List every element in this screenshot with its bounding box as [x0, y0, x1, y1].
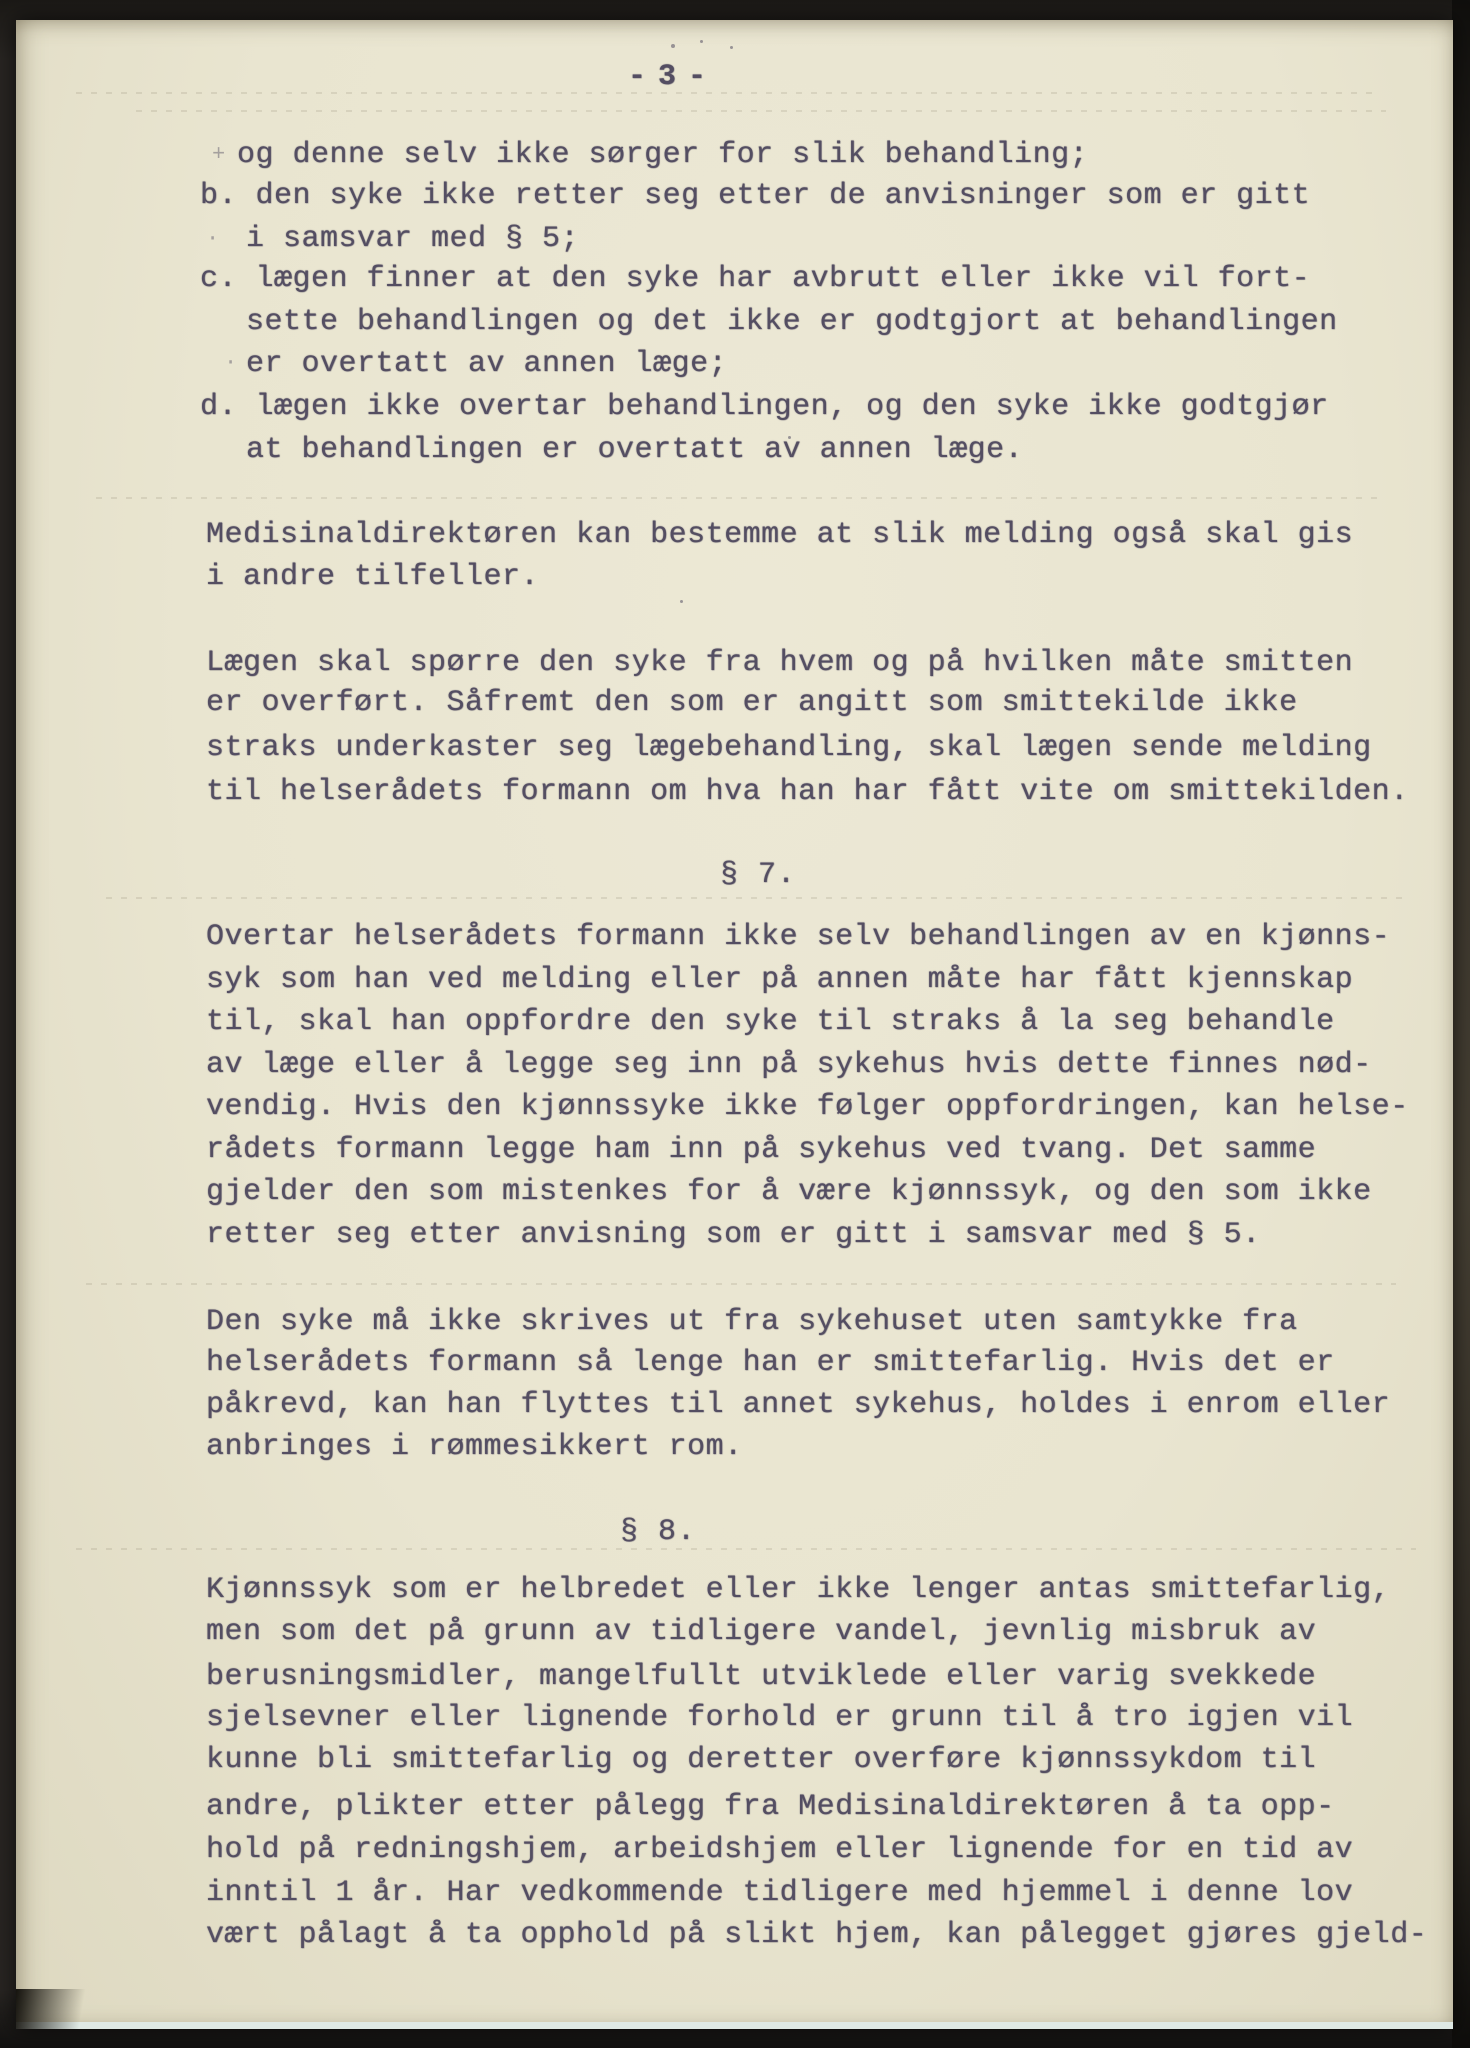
text-line: til, skal han oppfordre den syke til str… — [206, 1001, 1335, 1043]
text-line: Medisinaldirektøren kan bestemme at slik… — [206, 514, 1353, 556]
page-corner-shadow — [16, 1989, 136, 2029]
text-line: Lægen skal spørre den syke fra hvem og p… — [206, 642, 1353, 684]
scan-streak — [76, 92, 1376, 94]
text-line: andre, plikter etter pålegg fra Medisina… — [206, 1786, 1335, 1828]
text-line: rådets formann legge ham inn på sykehus … — [206, 1129, 1316, 1171]
scan-streak — [96, 497, 1386, 499]
text-line: b. den syke ikke retter seg etter de anv… — [200, 175, 1310, 217]
scan-streak — [136, 110, 1386, 112]
text-line: er overtatt av annen læge; — [246, 343, 727, 385]
page-number: - 3 - — [628, 56, 703, 98]
text-line: d. lægen ikke overtar behandlingen, og d… — [200, 386, 1329, 428]
text-line: syk som han ved melding eller på annen m… — [206, 959, 1353, 1001]
text-line: vært pålagt å ta opphold på slikt hjem, … — [206, 1914, 1427, 1956]
text-line: sjelsevner eller lignende forhold er gru… — [206, 1697, 1353, 1739]
text-line: vendig. Hvis den kjønnssyke ikke følger … — [206, 1086, 1409, 1128]
section-heading: § 8. — [620, 1511, 696, 1553]
text-line: helserådets formann så lenge han er smit… — [206, 1342, 1335, 1384]
text-line: og denne selv ikke sørger for slik behan… — [237, 134, 1088, 176]
text-line: i samsvar med § 5; — [246, 218, 579, 260]
scan-streak — [86, 1283, 1396, 1285]
text-line: i andre tilfeller. — [206, 556, 539, 598]
text-line: sette behandlingen og det ikke er godtgj… — [246, 301, 1338, 343]
ink-speck — [680, 600, 683, 603]
text-line: retter seg etter anvisning som er gitt i… — [206, 1214, 1261, 1256]
text-line: av læge eller å legge seg inn på sykehus… — [206, 1044, 1372, 1086]
text-line: anbringes i rømmesikkert rom. — [206, 1426, 743, 1468]
text-line: inntil 1 år. Har vedkommende tidligere m… — [206, 1872, 1353, 1914]
ink-speck — [671, 44, 675, 48]
text-line: er overført. Såfremt den som er angitt s… — [206, 682, 1298, 724]
text-line: Kjønnssyk som er helbredet eller ikke le… — [206, 1569, 1390, 1611]
text-line: straks underkaster seg lægebehandling, s… — [206, 727, 1372, 769]
text-line: hold på redningshjem, arbeidshjem eller … — [206, 1829, 1353, 1871]
document-page: + · · - 3 - og denne selv ikke sørger fo… — [16, 20, 1453, 2029]
text-line: Overtar helserådets formann ikke selv be… — [206, 916, 1390, 958]
text-line: kunne bli smittefarlig og deretter overf… — [206, 1739, 1316, 1781]
scan-background-right-band — [1452, 0, 1470, 2048]
text-line: påkrevd, kan han flyttes til annet sykeh… — [206, 1384, 1390, 1426]
ink-speck — [700, 40, 703, 43]
margin-mark: · — [206, 226, 219, 251]
scan-background: { "colors": { "background": "#282522", "… — [0, 0, 1470, 2048]
section-heading: § 7. — [720, 854, 796, 896]
margin-mark: + — [212, 142, 225, 167]
text-line: berusningsmidler, mangelfullt utviklede … — [206, 1656, 1316, 1698]
text-line: gjelder den som mistenkes for å være kjø… — [206, 1171, 1372, 1213]
text-line: Den syke må ikke skrives ut fra sykehuse… — [206, 1301, 1298, 1343]
scan-streak — [106, 897, 1406, 899]
ink-speck — [730, 46, 733, 49]
text-line: til helserådets formann om hva han har f… — [206, 771, 1409, 813]
text-line: men som det på grunn av tidligere vandel… — [206, 1611, 1316, 1653]
margin-mark: · — [224, 350, 237, 375]
scan-streak — [76, 1548, 1416, 1550]
text-line: c. lægen finner at den syke har avbrutt … — [200, 258, 1310, 300]
text-line: at behandlingen er overtatt av annen læg… — [246, 429, 1023, 471]
